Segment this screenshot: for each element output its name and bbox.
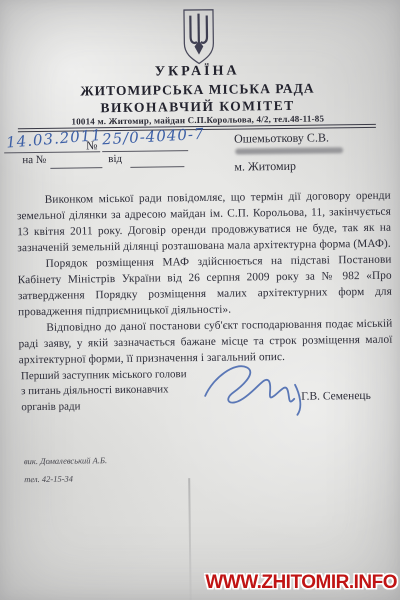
signatory-name: Г.В. Семенець <box>301 390 371 403</box>
body-paragraph: Виконком міської ради повідомляє, що тер… <box>17 188 392 257</box>
body-paragraph: Порядок розміщення МАФ здійснюється на п… <box>17 252 392 321</box>
site-watermark: WWW.ZHITOMIR.INFO <box>205 572 397 594</box>
letter-sheet: УКРАЇНА ЖИТОМИРСЬКА МІСЬКА РАДА ВИКОНАВЧ… <box>0 0 400 600</box>
ukraine-trident-emblem <box>179 8 218 66</box>
executor-line: вик. Домалевський А.Б. <box>24 455 107 466</box>
reply-from-label: від <box>108 153 122 165</box>
reply-to-label: на № <box>22 154 46 166</box>
signature-scribble <box>191 351 322 428</box>
paper-fold-line <box>188 478 191 600</box>
signatory-title: Перший заступник міського голови з питан… <box>21 367 212 415</box>
signatory-title-line: Перший заступник міського голови <box>21 367 211 385</box>
addressee-name: Ошемьоткову С.В. <box>234 130 329 146</box>
number-underline <box>102 150 188 152</box>
addressee-city: м. Житомир <box>234 159 296 175</box>
redacted-address-bar <box>235 147 343 154</box>
executor-phone: тел. 42-15-34 <box>24 474 73 485</box>
reply-date-underline <box>130 166 184 168</box>
letter-body: Виконком міської ради повідомляє, що тер… <box>17 188 393 369</box>
reply-number-underline <box>50 167 102 169</box>
signatory-title-line: органів ради <box>21 398 211 416</box>
document-photo: УКРАЇНА ЖИТОМИРСЬКА МІСЬКА РАДА ВИКОНАВЧ… <box>0 0 400 600</box>
